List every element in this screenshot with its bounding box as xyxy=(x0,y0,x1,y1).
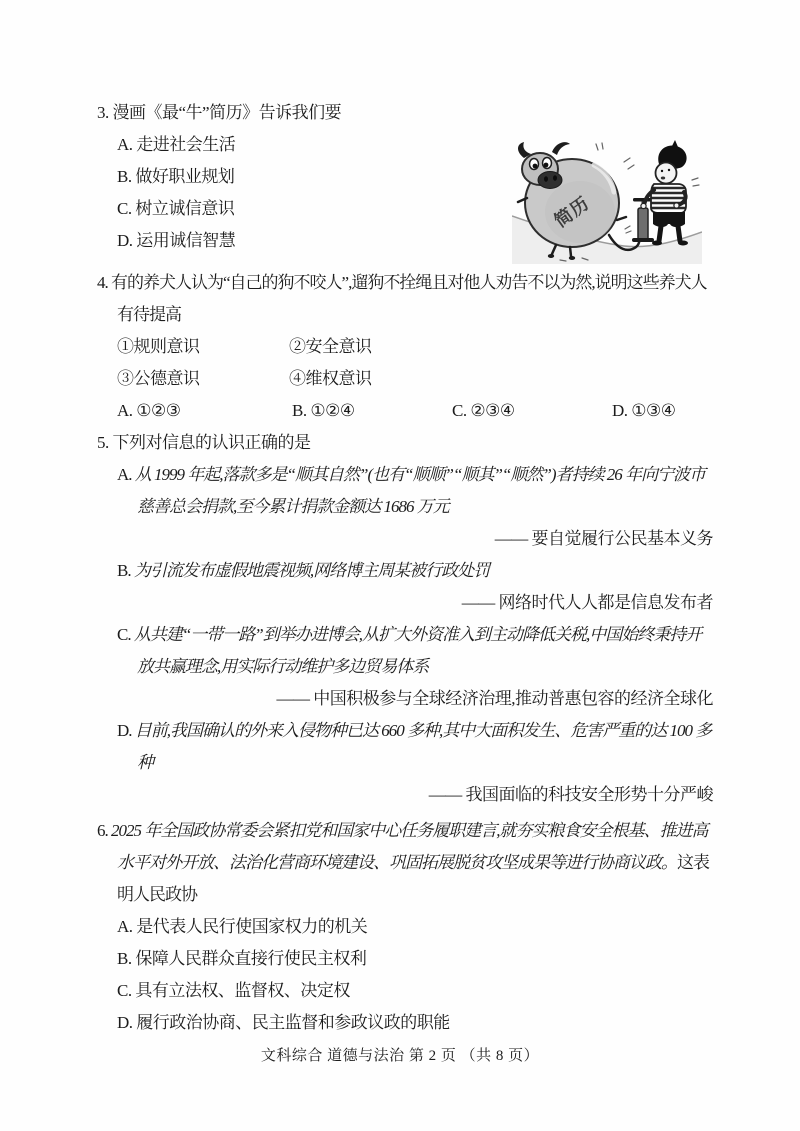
q5-number: 5. xyxy=(97,433,109,452)
q4-choice-c: C. ②③④ xyxy=(452,395,612,427)
q6-option-a: A. 是代表人民行使国家权力的机关 xyxy=(97,911,717,943)
q6-option-c-label: C. xyxy=(117,981,132,1000)
q5-option-b: B. 为引流发布虚假地震视频,网络博主周某被行政处罚 xyxy=(97,555,717,587)
q4-item-3: ③公德意识 xyxy=(117,363,289,395)
q3-option-b-text: 做好职业规划 xyxy=(135,167,234,186)
question-4: 4. 有的养犬人认为“自己的狗不咬人”,遛狗不拴绳且对他人劝告不以为然,说明这些… xyxy=(97,267,717,427)
q5-option-b-text: 为引流发布虚假地震视频,网络博主周某被行政处罚 xyxy=(134,561,489,580)
q3-option-c-label: C. xyxy=(117,199,132,218)
q6-option-c-text: 具有立法权、监督权、决定权 xyxy=(135,981,350,1000)
q5-option-c-conclusion: —— 中国积极参与全球经济治理,推动普惠包容的经济全球化 xyxy=(97,683,717,715)
q4-choice-a-text: ①②③ xyxy=(136,401,180,420)
q5-option-c-label: C. xyxy=(117,625,131,644)
q3-option-d-text: 运用诚信智慧 xyxy=(136,231,235,250)
q3-option-a-label: A. xyxy=(117,135,133,154)
q3-option-d-label: D. xyxy=(117,231,133,250)
q3-option-c-text: 树立诚信意识 xyxy=(135,199,234,218)
page-footer: 文科综合 道德与法治 第 2 页 （共 8 页） xyxy=(0,1040,800,1072)
q5-option-d-text: 目前,我国确认的外来入侵物种已达 660 多种,其中大面积发生、危害严重的达 1… xyxy=(135,721,712,772)
q4-choice-b-text: ①②④ xyxy=(310,401,354,420)
q4-choice-c-text: ②③④ xyxy=(470,401,514,420)
q4-choice-d-label: D. xyxy=(612,401,628,420)
q3-stem: 漫画《最“牛”简历》告诉我们要 xyxy=(113,103,342,122)
q5-option-a-label: A. xyxy=(117,465,132,484)
q4-choice-a: A. ①②③ xyxy=(117,395,292,427)
q5-option-c-text: 从共建“一带一路”到举办进博会,从扩大外资准入到主动降低关税,中国始终秉持开放共… xyxy=(134,625,701,676)
q4-choice-b: B. ①②④ xyxy=(292,395,452,427)
q6-option-a-text: 是代表人民行使国家权力的机关 xyxy=(136,917,367,936)
cartoon-boy-shirt xyxy=(650,183,688,215)
q4-choice-b-label: B. xyxy=(292,401,307,420)
q6-option-b-label: B. xyxy=(117,949,132,968)
q6-option-c: C. 具有立法权、监督权、决定权 xyxy=(97,975,717,1007)
q6-option-d: D. 履行政治协商、民主监督和参政议政的职能 xyxy=(97,1007,717,1039)
q5-option-d-label: D. xyxy=(117,721,132,740)
q5-option-c: C. 从共建“一带一路”到举办进博会,从扩大外资准入到主动降低关税,中国始终秉持… xyxy=(97,619,717,683)
q4-stem: 有的养犬人认为“自己的狗不咬人”,遛狗不拴绳且对他人劝告不以为然,说明这些养犬人… xyxy=(111,273,707,324)
q6-option-b: B. 保障人民群众直接行使民主权利 xyxy=(97,943,717,975)
cartoon-boy xyxy=(632,140,688,246)
q4-choices-row: A. ①②③ B. ①②④ C. ②③④ D. ①③④ xyxy=(97,395,717,427)
q6-option-d-text: 履行政治协商、民主监督和参政议政的职能 xyxy=(136,1013,450,1032)
q6-option-d-label: D. xyxy=(117,1013,133,1032)
q6-stem-line: 6. 2025 年全国政协常委会紧扣党和国家中心任务履职建言,就夯实粮食安全根基… xyxy=(97,815,717,911)
q6-option-a-label: A. xyxy=(117,917,133,936)
q4-choice-d-text: ①③④ xyxy=(631,401,675,420)
q3-option-a-text: 走进社会生活 xyxy=(136,135,235,154)
q4-item-1: ①规则意识 xyxy=(117,331,289,363)
q4-choice-a-label: A. xyxy=(117,401,133,420)
exam-paper-page: 3. 漫画《最“牛”简历》告诉我们要 A. 走进社会生活 B. 做好职业规划 C… xyxy=(0,0,800,1131)
q5-stem-line: 5. 下列对信息的认识正确的是 xyxy=(97,427,717,459)
q6-stem-quote: 2025 年全国政协常委会紧扣党和国家中心任务履职建言,就夯实粮食安全根基、推进… xyxy=(111,821,708,872)
q4-number: 4. xyxy=(97,273,108,292)
q4-items-row-1: ①规则意识 ②安全意识 xyxy=(97,331,717,363)
q4-item-2: ②安全意识 xyxy=(289,331,372,363)
q5-option-d: D. 目前,我国确认的外来入侵物种已达 660 多种,其中大面积发生、危害严重的… xyxy=(97,715,717,779)
question-5: 5. 下列对信息的认识正确的是 A. 从 1999 年起,落款多是“顺其自然”(… xyxy=(97,427,717,811)
q5-option-a-conclusion: —— 要自觉履行公民基本义务 xyxy=(97,523,717,555)
q6-number: 6. xyxy=(97,821,108,840)
q5-stem: 下列对信息的认识正确的是 xyxy=(113,433,311,452)
q5-option-b-label: B. xyxy=(117,561,131,580)
q4-choice-d: D. ①③④ xyxy=(612,395,676,427)
q4-choice-c-label: C. xyxy=(452,401,467,420)
q5-option-d-conclusion: —— 我国面临的科技安全形势十分严峻 xyxy=(97,779,717,811)
q5-option-a: A. 从 1999 年起,落款多是“顺其自然”(也有“顺顺”“顺其”“顺然”)者… xyxy=(97,459,717,523)
q3-option-b-label: B. xyxy=(117,167,132,186)
q5-option-a-text: 从 1999 年起,落款多是“顺其自然”(也有“顺顺”“顺其”“顺然”)者持续 … xyxy=(135,465,705,516)
q3-number: 3. xyxy=(97,103,109,122)
q3-cartoon-image: 简历 xyxy=(512,140,702,264)
question-6: 6. 2025 年全国政协常委会紧扣党和国家中心任务履职建言,就夯实粮食安全根基… xyxy=(97,815,717,1039)
q5-option-b-conclusion: —— 网络时代人人都是信息发布者 xyxy=(97,587,717,619)
q4-stem-line: 4. 有的养犬人认为“自己的狗不咬人”,遛狗不拴绳且对他人劝告不以为然,说明这些… xyxy=(97,267,717,331)
q4-items-row-2: ③公德意识 ④维权意识 xyxy=(97,363,717,395)
q4-item-4: ④维权意识 xyxy=(289,363,372,395)
q6-option-b-text: 保障人民群众直接行使民主权利 xyxy=(135,949,366,968)
q3-stem-line: 3. 漫画《最“牛”简历》告诉我们要 xyxy=(97,97,717,129)
